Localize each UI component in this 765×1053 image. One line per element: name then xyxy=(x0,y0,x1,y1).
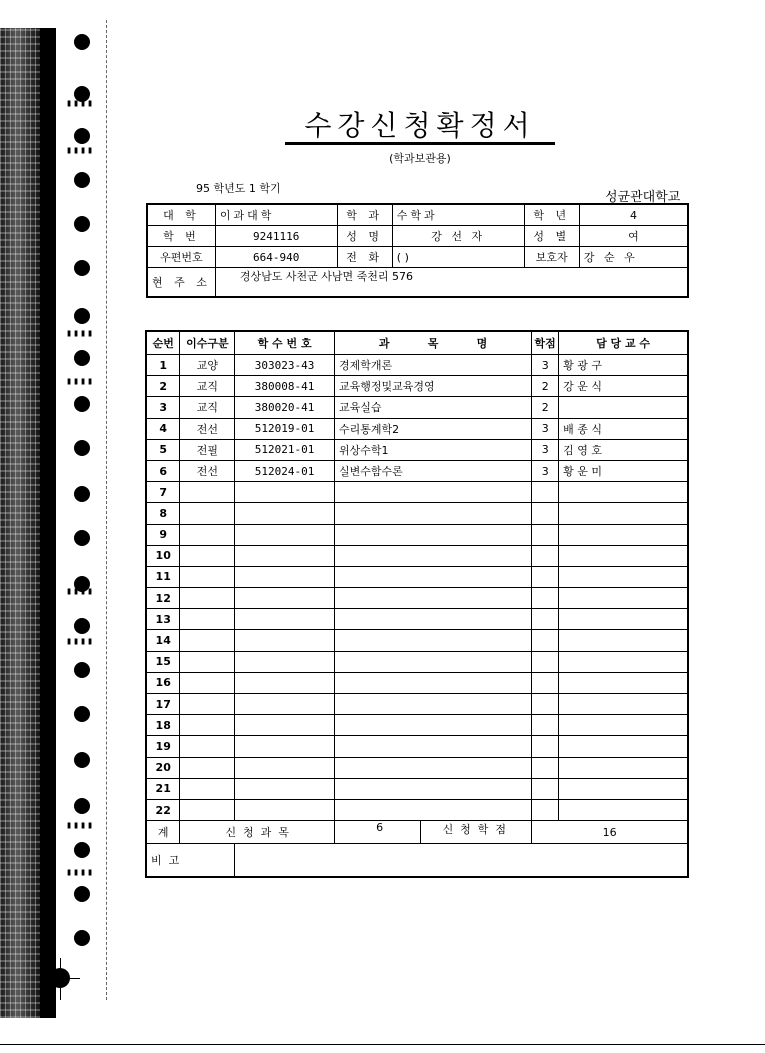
course-code: 512019-01 xyxy=(235,418,335,439)
course-name xyxy=(334,588,531,609)
course-code xyxy=(235,588,335,609)
header-type: 이수구분 xyxy=(180,331,235,355)
header-course-name: 과 목 명 xyxy=(334,331,531,355)
course-row: 9 xyxy=(146,524,688,545)
row-number: 2 xyxy=(146,376,180,397)
course-name: 교육행정및교육경영 xyxy=(334,376,531,397)
course-credit xyxy=(532,588,559,609)
punch-hole-icon xyxy=(74,662,90,678)
course-table: 순번 이수구분 학 수 번 호 과 목 명 학점 담 당 교 수 1교양3030… xyxy=(145,330,689,878)
course-type: 교양 xyxy=(180,355,235,376)
course-row: 7 xyxy=(146,482,688,503)
course-code xyxy=(235,672,335,693)
course-credit: 3 xyxy=(532,439,559,460)
course-row: 4전선512019-01수리통계학23배 종 식 xyxy=(146,418,688,439)
course-name: 실변수함수론 xyxy=(334,460,531,481)
course-name xyxy=(334,715,531,736)
course-row: 19 xyxy=(146,736,688,757)
row-number: 9 xyxy=(146,524,180,545)
scan-margin-edge xyxy=(40,28,56,1018)
course-professor xyxy=(559,630,688,651)
grade-value: 4 xyxy=(579,204,688,226)
course-credit xyxy=(532,651,559,672)
row-number: 15 xyxy=(146,651,180,672)
course-row: 20 xyxy=(146,757,688,778)
course-row: 15 xyxy=(146,651,688,672)
course-credit: 3 xyxy=(532,460,559,481)
year-term: 95 학년도 1 학기 xyxy=(196,180,281,196)
course-professor xyxy=(559,397,688,418)
course-code xyxy=(235,651,335,672)
punch-hole-icon xyxy=(74,530,90,546)
course-code xyxy=(235,799,335,820)
total-label: 계 xyxy=(146,821,180,844)
guardian-value: 강 순 우 xyxy=(579,247,688,268)
course-code xyxy=(235,545,335,566)
row-number: 16 xyxy=(146,672,180,693)
course-type xyxy=(180,482,235,503)
course-type xyxy=(180,799,235,820)
course-code: 380008-41 xyxy=(235,376,335,397)
dept-value: 수학과 xyxy=(392,204,524,226)
margin-mark: ▮▮▮▮ xyxy=(66,820,94,831)
title-underline xyxy=(285,142,555,145)
course-credit xyxy=(532,630,559,651)
punch-hole-icon xyxy=(74,930,90,946)
course-type xyxy=(180,778,235,799)
student-id-label: 학 번 xyxy=(147,226,215,247)
row-number: 3 xyxy=(146,397,180,418)
name-value: 강 선 자 xyxy=(392,226,524,247)
course-professor xyxy=(559,482,688,503)
course-type: 전선 xyxy=(180,460,235,481)
credit-total-value: 16 xyxy=(532,821,688,844)
course-credit xyxy=(532,694,559,715)
college-value: 이과대학 xyxy=(215,204,337,226)
row-number: 10 xyxy=(146,545,180,566)
remark-value xyxy=(235,844,688,878)
punch-hole-icon xyxy=(74,396,90,412)
document-subtitle: (학과보관용) xyxy=(285,150,555,166)
course-name xyxy=(334,694,531,715)
course-professor xyxy=(559,672,688,693)
course-code xyxy=(235,503,335,524)
header-credit: 학점 xyxy=(532,331,559,355)
punch-hole-icon xyxy=(74,486,90,502)
course-name xyxy=(334,736,531,757)
course-row: 18 xyxy=(146,715,688,736)
row-number: 6 xyxy=(146,460,180,481)
college-label: 대 학 xyxy=(147,204,215,226)
course-type xyxy=(180,694,235,715)
course-professor xyxy=(559,715,688,736)
course-name: 위상수학1 xyxy=(334,439,531,460)
punch-hole-icon xyxy=(74,752,90,768)
course-row: 3교직380020-41교육실습2 xyxy=(146,397,688,418)
course-row: 12 xyxy=(146,588,688,609)
course-code xyxy=(235,715,335,736)
course-row: 22 xyxy=(146,799,688,820)
course-type xyxy=(180,545,235,566)
course-type: 전필 xyxy=(180,439,235,460)
phone-value: ( ) xyxy=(392,247,524,268)
row-number: 13 xyxy=(146,609,180,630)
course-type xyxy=(180,524,235,545)
course-professor xyxy=(559,503,688,524)
course-name xyxy=(334,799,531,820)
credit-total-label: 신 청 학 점 xyxy=(421,821,527,843)
course-row: 1교양303023-43경제학개론3황 광 구 xyxy=(146,355,688,376)
course-name: 경제학개론 xyxy=(334,355,531,376)
course-name xyxy=(334,651,531,672)
row-number: 17 xyxy=(146,694,180,715)
info-row: 현 주 소 경상남도 사천군 사남면 죽천리 576 xyxy=(147,268,688,298)
registration-crosshair xyxy=(60,958,61,1000)
perforation-line xyxy=(106,20,107,1000)
course-row: 2교직380008-41교육행정및교육경영2강 운 식 xyxy=(146,376,688,397)
course-credit xyxy=(532,545,559,566)
margin-mark: ▮▮▮▮ xyxy=(66,636,94,647)
course-professor xyxy=(559,588,688,609)
punch-hole-icon xyxy=(74,216,90,232)
remark-label: 비 고 xyxy=(146,844,235,878)
course-type: 전선 xyxy=(180,418,235,439)
course-professor xyxy=(559,651,688,672)
course-row: 11 xyxy=(146,566,688,587)
document-title: 수강신청확정서 xyxy=(285,104,555,144)
page-bottom-rule xyxy=(0,1044,765,1045)
course-name xyxy=(334,757,531,778)
course-credit xyxy=(532,715,559,736)
row-number: 12 xyxy=(146,588,180,609)
punch-hole-icon xyxy=(74,618,90,634)
course-code xyxy=(235,566,335,587)
phone-label: 전 화 xyxy=(337,247,392,268)
course-row: 8 xyxy=(146,503,688,524)
course-type: 교직 xyxy=(180,397,235,418)
course-type xyxy=(180,503,235,524)
name-label: 성 명 xyxy=(337,226,392,247)
summary-row: 계 신 청 과 목 6 신 청 학 점 16 xyxy=(146,821,688,844)
course-credit xyxy=(532,566,559,587)
row-number: 19 xyxy=(146,736,180,757)
margin-mark: ▮▮▮▮ xyxy=(66,586,94,597)
course-code xyxy=(235,694,335,715)
punch-hole-icon xyxy=(74,260,90,276)
header-no: 순번 xyxy=(146,331,180,355)
row-number: 4 xyxy=(146,418,180,439)
course-type xyxy=(180,566,235,587)
punch-hole-icon xyxy=(74,706,90,722)
course-type: 교직 xyxy=(180,376,235,397)
course-credit: 3 xyxy=(532,355,559,376)
course-professor xyxy=(559,736,688,757)
gender-value: 여 xyxy=(579,226,688,247)
course-credit xyxy=(532,524,559,545)
course-professor: 강 운 식 xyxy=(559,376,688,397)
course-credit xyxy=(532,503,559,524)
course-row: 17 xyxy=(146,694,688,715)
address-value: 경상남도 사천군 사남면 죽천리 576 xyxy=(215,268,688,298)
course-code: 380020-41 xyxy=(235,397,335,418)
punch-hole-icon xyxy=(74,842,90,858)
address-label: 현 주 소 xyxy=(147,268,215,298)
course-credit xyxy=(532,736,559,757)
course-type xyxy=(180,630,235,651)
row-number: 1 xyxy=(146,355,180,376)
course-code xyxy=(235,482,335,503)
header-code: 학 수 번 호 xyxy=(235,331,335,355)
course-type xyxy=(180,757,235,778)
course-code xyxy=(235,609,335,630)
punch-hole-icon xyxy=(74,798,90,814)
course-row: 14 xyxy=(146,630,688,651)
margin-mark: ▮▮▮▮ xyxy=(66,328,94,339)
course-code: 512024-01 xyxy=(235,460,335,481)
row-number: 22 xyxy=(146,799,180,820)
course-code: 512021-01 xyxy=(235,439,335,460)
course-credit xyxy=(532,609,559,630)
punch-hole-icon xyxy=(74,350,90,366)
punch-hole-icon xyxy=(74,34,90,50)
course-credit: 2 xyxy=(532,397,559,418)
course-table-header: 순번 이수구분 학 수 번 호 과 목 명 학점 담 당 교 수 xyxy=(146,331,688,355)
course-professor xyxy=(559,757,688,778)
course-professor xyxy=(559,566,688,587)
row-number: 18 xyxy=(146,715,180,736)
row-number: 8 xyxy=(146,503,180,524)
course-credit xyxy=(532,778,559,799)
course-credit xyxy=(532,482,559,503)
course-credit xyxy=(532,799,559,820)
course-type xyxy=(180,715,235,736)
course-name xyxy=(334,672,531,693)
punch-hole-icon xyxy=(74,128,90,144)
course-name xyxy=(334,609,531,630)
course-row: 5전필512021-01위상수학13김 영 호 xyxy=(146,439,688,460)
punch-hole-icon xyxy=(74,172,90,188)
course-professor: 황 운 미 xyxy=(559,460,688,481)
course-credit: 2 xyxy=(532,376,559,397)
row-number: 20 xyxy=(146,757,180,778)
course-code xyxy=(235,630,335,651)
course-credit xyxy=(532,672,559,693)
header-professor: 담 당 교 수 xyxy=(559,331,688,355)
course-name: 교육실습 xyxy=(334,397,531,418)
row-number: 7 xyxy=(146,482,180,503)
course-professor xyxy=(559,524,688,545)
course-name xyxy=(334,630,531,651)
student-id-value: 9241116 xyxy=(215,226,337,247)
zip-label: 우편번호 xyxy=(147,247,215,268)
course-professor xyxy=(559,609,688,630)
course-professor: 황 광 구 xyxy=(559,355,688,376)
course-credit xyxy=(532,757,559,778)
course-professor: 김 영 호 xyxy=(559,439,688,460)
info-row: 대 학 이과대학 학 과 수학과 학 년 4 xyxy=(147,204,688,226)
course-name xyxy=(334,503,531,524)
row-number: 5 xyxy=(146,439,180,460)
course-type xyxy=(180,609,235,630)
course-row: 21 xyxy=(146,778,688,799)
course-name xyxy=(334,566,531,587)
course-count-label: 신 청 과 목 xyxy=(180,821,335,844)
course-professor xyxy=(559,545,688,566)
course-code xyxy=(235,736,335,757)
course-name xyxy=(334,778,531,799)
row-number: 14 xyxy=(146,630,180,651)
course-type xyxy=(180,651,235,672)
course-professor: 배 종 식 xyxy=(559,418,688,439)
remark-row: 비 고 xyxy=(146,844,688,878)
course-code xyxy=(235,778,335,799)
margin-mark: ▮▮▮▮ xyxy=(66,98,94,109)
info-row: 우편번호 664-940 전 화 ( ) 보호자 강 순 우 xyxy=(147,247,688,268)
course-credit: 3 xyxy=(532,418,559,439)
margin-mark: ▮▮▮▮ xyxy=(66,867,94,878)
course-row: 6전선512024-01실변수함수론3황 운 미 xyxy=(146,460,688,481)
course-type xyxy=(180,588,235,609)
course-name: 수리통계학2 xyxy=(334,418,531,439)
course-name xyxy=(334,482,531,503)
row-number: 21 xyxy=(146,778,180,799)
course-professor xyxy=(559,778,688,799)
course-professor xyxy=(559,694,688,715)
course-name xyxy=(334,545,531,566)
course-count-value: 6 xyxy=(339,821,421,843)
dept-label: 학 과 xyxy=(337,204,392,226)
summary-middle: 6 신 청 학 점 xyxy=(334,821,531,844)
course-row: 16 xyxy=(146,672,688,693)
course-code xyxy=(235,524,335,545)
student-info-table: 대 학 이과대학 학 과 수학과 학 년 4 학 번 9241116 성 명 강… xyxy=(146,203,689,298)
zip-value: 664-940 xyxy=(215,247,337,268)
punch-hole-icon xyxy=(74,308,90,324)
punch-hole-icon xyxy=(74,886,90,902)
gender-label: 성 별 xyxy=(524,226,579,247)
course-type xyxy=(180,736,235,757)
guardian-label: 보호자 xyxy=(524,247,579,268)
course-row: 10 xyxy=(146,545,688,566)
course-row: 13 xyxy=(146,609,688,630)
course-professor xyxy=(559,799,688,820)
info-row: 학 번 9241116 성 명 강 선 자 성 별 여 xyxy=(147,226,688,247)
margin-mark: ▮▮▮▮ xyxy=(66,376,94,387)
course-code xyxy=(235,757,335,778)
grade-label: 학 년 xyxy=(524,204,579,226)
course-name xyxy=(334,524,531,545)
row-number: 11 xyxy=(146,566,180,587)
course-code: 303023-43 xyxy=(235,355,335,376)
punch-hole-icon xyxy=(74,440,90,456)
margin-mark: ▮▮▮▮ xyxy=(66,145,94,156)
course-type xyxy=(180,672,235,693)
